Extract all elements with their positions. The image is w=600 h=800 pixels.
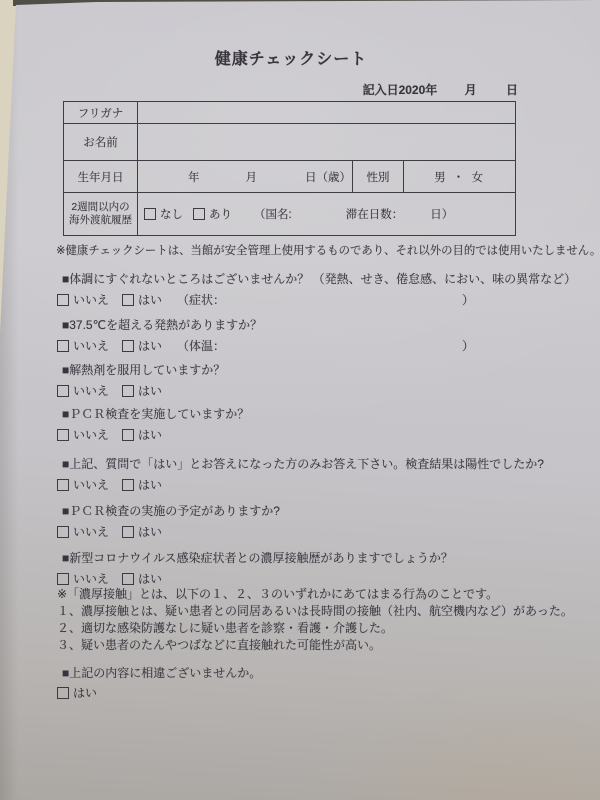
travel-days-unit: 日） (430, 206, 453, 222)
furigana-label: フリガナ (64, 102, 138, 124)
checkbox-no-icon (57, 479, 69, 491)
checkbox-no-icon (57, 526, 69, 538)
answer-yes-label: はい (138, 291, 162, 308)
definition-item-2: ２、適切な感染防護なしに疑い患者を診察・看護・介護した。 (57, 620, 573, 637)
form-title: 健康チェックシート (0, 46, 582, 69)
temperature-field-label: （体温： (177, 337, 225, 354)
question-antipyretic: ■解熱剤を服用していますか？ いいえ はい (57, 363, 527, 399)
close-contact-definition: ※「濃厚接触」とは、以下の１、２、３のいずれかにあてはまる行為のことです。 １、… (57, 586, 573, 654)
name-row: お名前 (64, 124, 516, 161)
travel-yes-checkbox-icon (193, 208, 205, 220)
question-heading: ■体調にすぐれないところはございませんか？ （発熱、せき、倦怠感、におい、味の異… (57, 272, 527, 287)
gender-options: 男 ・ 女 (404, 161, 516, 193)
question-fever: ■37.5℃を超える発熱がありますか？ いいえ はい （体温： ） (57, 318, 527, 354)
checkbox-no-icon (57, 573, 69, 585)
question-pcr-planned: ■ＰＣＲ検査の実施の予定がありますか? いいえ はい (57, 504, 527, 540)
birthdate-row: 生年月日 年 月 日（ 歳） 性別 男 ・ 女 (64, 161, 516, 193)
birth-month-label: 月 (246, 169, 258, 185)
checkbox-yes-icon (122, 526, 134, 538)
photo-scene: 健康チェックシート 記入日2020年 月 日 フリガナ お名前 生年月日 年 (0, 0, 600, 800)
answer-no-label: いいえ (73, 570, 109, 587)
checkbox-no-icon (57, 294, 69, 306)
definition-item-3: ３、疑い患者のたんやつばなどに直接触れた可能性が高い。 (57, 637, 573, 654)
checkbox-yes-icon (122, 294, 134, 306)
travel-label: 2週間以内の 海外渡航履歴 (64, 193, 138, 236)
birth-year-label: 年 (188, 169, 200, 185)
answer-row: いいえ はい (57, 382, 527, 399)
checkbox-yes-icon (122, 429, 134, 441)
name-label: お名前 (64, 124, 138, 161)
checkbox-no-icon (57, 429, 69, 441)
paper-sheet: 健康チェックシート 記入日2020年 月 日 フリガナ お名前 生年月日 年 (0, 0, 600, 800)
checkbox-no-icon (57, 385, 69, 397)
question-heading: ■上記、質問で「はい」とお答えになった方のみお答え下さい。検査結果は陽性でしたか… (57, 457, 527, 472)
question-heading: ■新型コロナウイルス感染症状者との濃厚接触歴がありますでしょうか？ (57, 551, 527, 566)
confirmation-heading: ■上記の内容に相違ございませんか。 (57, 666, 261, 681)
travel-row: 2週間以内の 海外渡航履歴 なし あり （国名: 滞在日数： 日） (64, 193, 516, 236)
date-day-label: 日 (506, 83, 518, 97)
travel-country-label: （国名: (254, 206, 292, 222)
answer-no-label: いいえ (73, 426, 109, 443)
answer-no-label: いいえ (73, 337, 109, 354)
checkbox-no-icon (57, 340, 69, 352)
name-field (138, 124, 516, 161)
travel-label-line2: 海外渡航履歴 (69, 214, 132, 226)
checkbox-yes-icon (122, 573, 134, 585)
answer-yes-label: はい (73, 684, 97, 701)
travel-days-label: 滞在日数： (346, 206, 404, 222)
furigana-field (138, 102, 516, 124)
answer-no-label: いいえ (73, 291, 109, 308)
question-pcr-test: ■ＰＣＲ検査を実施していますか？ いいえ はい (57, 407, 527, 443)
date-prefix: 記入日2020年 (363, 83, 438, 97)
confirmation-answer-row: はい (57, 684, 261, 701)
date-month-label: 月 (465, 83, 477, 97)
answer-yes-label: はい (138, 570, 162, 587)
symptom-field-label: （症状： (177, 291, 225, 308)
answer-no-label: いいえ (73, 476, 109, 493)
travel-field: なし あり （国名: 滞在日数： 日） (138, 193, 516, 236)
checkbox-yes-icon (122, 385, 134, 397)
checkbox-yes-icon (122, 340, 134, 352)
birthdate-field: 年 月 日（ 歳） (138, 161, 353, 193)
checkbox-yes-icon (122, 479, 134, 491)
travel-no-checkbox-icon (144, 208, 156, 220)
travel-label-line1: 2週間以内の (71, 201, 129, 213)
answer-row: いいえ はい （症状： (57, 291, 527, 308)
date-line: 記入日2020年 月 日 (363, 81, 518, 98)
answer-row: いいえ はい (57, 523, 527, 540)
answer-yes-label: はい (138, 337, 162, 354)
definition-intro: ※「濃厚接触」とは、以下の１、２、３のいずれかにあてはまる行為のことです。 (57, 586, 573, 603)
question-heading: ■解熱剤を服用していますか？ (57, 363, 527, 378)
answer-row: いいえ はい (57, 570, 527, 587)
furigana-row: フリガナ (64, 102, 516, 124)
confirmation-section: ■上記の内容に相違ございませんか。 はい (57, 666, 261, 701)
gender-label: 性別 (353, 161, 404, 193)
travel-no-label: なし (160, 206, 183, 222)
answer-yes-label: はい (138, 382, 162, 399)
birth-age-label: 歳） (328, 169, 351, 185)
travel-yes-label: あり (209, 206, 232, 222)
question-health-condition: ■体調にすぐれないところはございませんか？ （発熱、せき、倦怠感、におい、味の異… (57, 272, 527, 308)
question-heading: ■ＰＣＲ検査を実施していますか？ (57, 407, 527, 422)
answer-no-label: いいえ (73, 523, 109, 540)
close-paren: ） (462, 291, 474, 308)
answer-row: いいえ はい (57, 426, 527, 443)
birthdate-label: 生年月日 (64, 161, 138, 193)
question-test-result: ■上記、質問で「はい」とお答えになった方のみお答え下さい。検査結果は陽性でしたか… (57, 457, 527, 493)
question-close-contact: ■新型コロナウイルス感染症状者との濃厚接触歴がありますでしょうか？ いいえ はい (57, 551, 527, 587)
checkbox-yes-icon (57, 687, 69, 699)
answer-no-label: いいえ (73, 382, 109, 399)
answer-yes-label: はい (138, 476, 162, 493)
answer-yes-label: はい (138, 426, 162, 443)
definition-item-1: １、濃厚接触とは、疑い患者との同居あるいは長時間の接触（社内、航空機内など）があ… (57, 603, 573, 620)
info-table: フリガナ お名前 生年月日 年 月 日（ 歳） 性別 男 ・ 女 (63, 101, 516, 236)
question-heading: ■37.5℃を超える発熱がありますか？ (57, 318, 527, 333)
birth-day-label: 日（ (305, 169, 328, 185)
usage-notice: ※健康チェックシートは、当館が安全管理上使用するものであり、それ以外の目的では使… (56, 242, 596, 258)
answer-yes-label: はい (138, 523, 162, 540)
answer-row: いいえ はい （体温： (57, 337, 527, 354)
close-paren: ） (462, 337, 474, 354)
question-heading: ■ＰＣＲ検査の実施の予定がありますか? (57, 504, 527, 519)
answer-row: いいえ はい (57, 476, 527, 493)
